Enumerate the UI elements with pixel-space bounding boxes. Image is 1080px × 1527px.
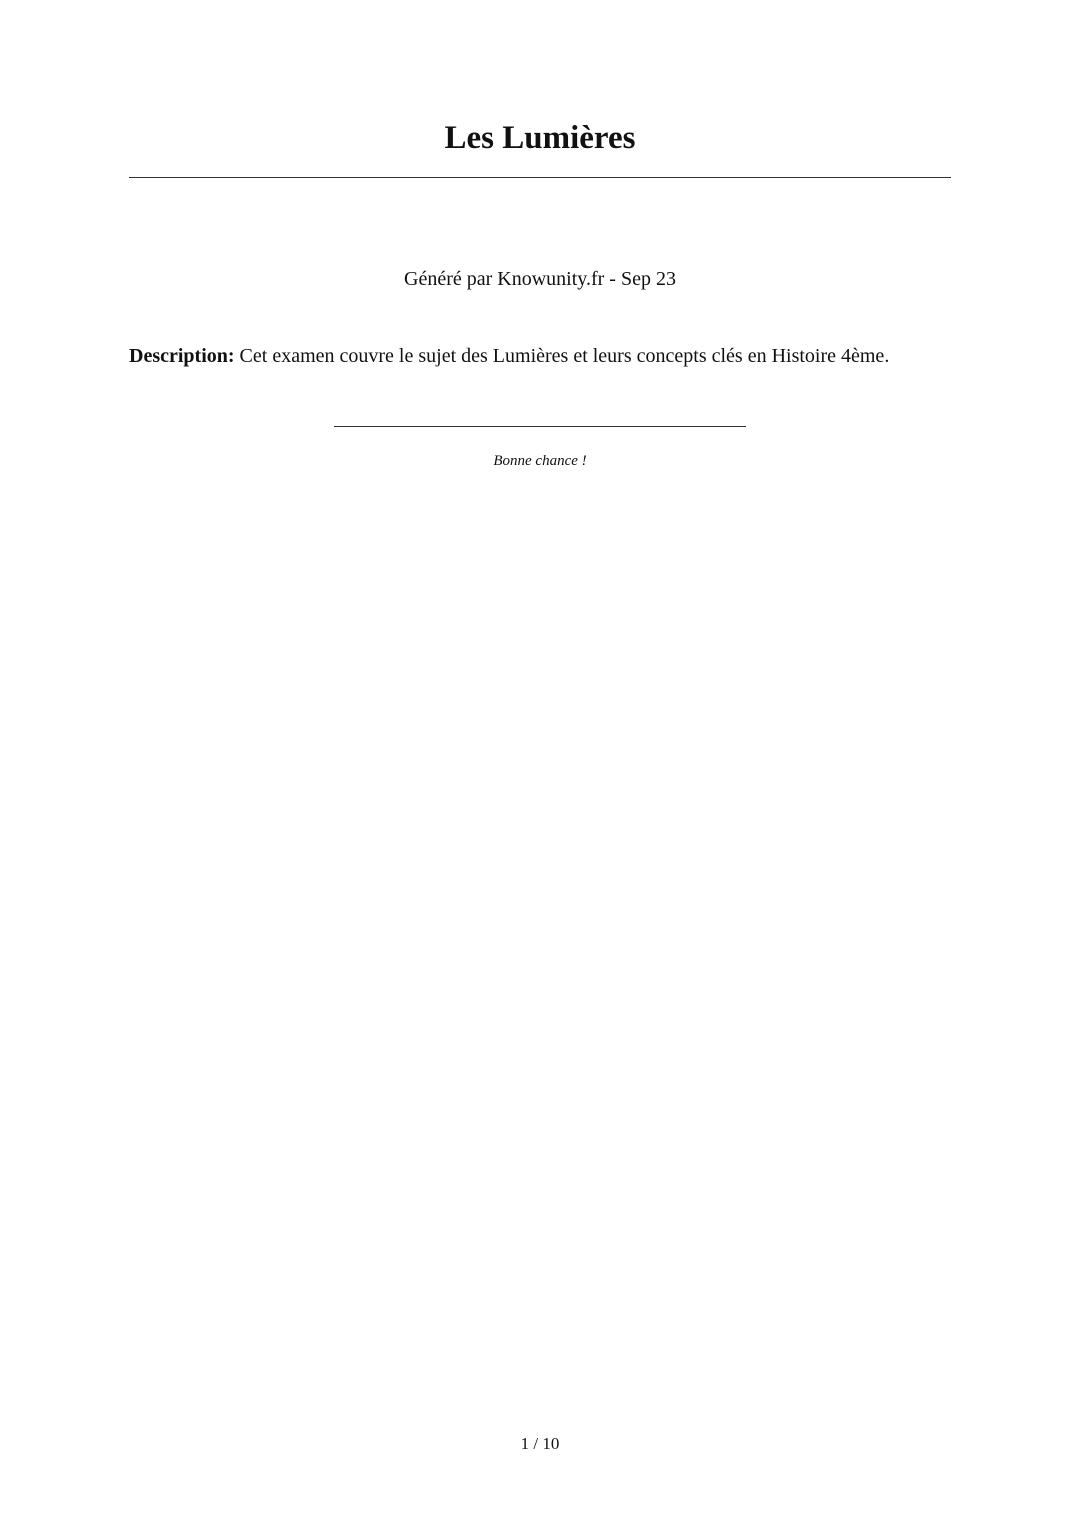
description-text: Cet examen couvre le sujet des Lumières …	[240, 345, 890, 367]
page-number: 1 / 10	[0, 1433, 1080, 1455]
description: Description: Cet examen couvre le sujet …	[129, 343, 969, 369]
section-divider	[334, 426, 746, 427]
description-label: Description:	[129, 345, 235, 367]
document-title: Les Lumières	[0, 116, 1080, 160]
good-luck-message: Bonne chance !	[0, 451, 1080, 471]
title-divider	[129, 177, 951, 178]
generated-by-line: Généré par Knowunity.fr - Sep 23	[0, 266, 1080, 292]
